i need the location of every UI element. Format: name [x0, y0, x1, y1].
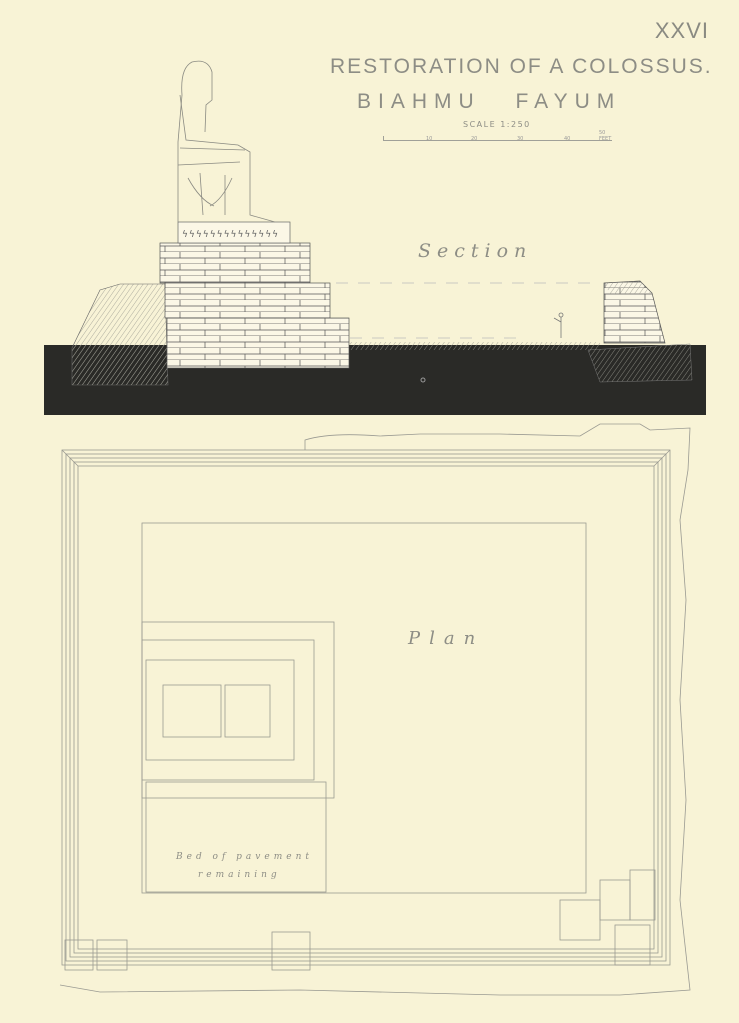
svg-text:ϟϟϟϟϟϟϟϟϟϟϟϟϟϟ: ϟϟϟϟϟϟϟϟϟϟϟϟϟϟ — [182, 230, 279, 240]
colossus-statue — [178, 61, 275, 222]
human-figure-scale — [554, 313, 563, 338]
pavement-note-2: remaining — [198, 870, 281, 880]
plan-label: Plan — [408, 628, 484, 649]
section-drawing: ϟϟϟϟϟϟϟϟϟϟϟϟϟϟ — [0, 0, 739, 1023]
plan-drawing — [60, 424, 690, 995]
pavement-note: Bed of pavement — [176, 852, 313, 862]
